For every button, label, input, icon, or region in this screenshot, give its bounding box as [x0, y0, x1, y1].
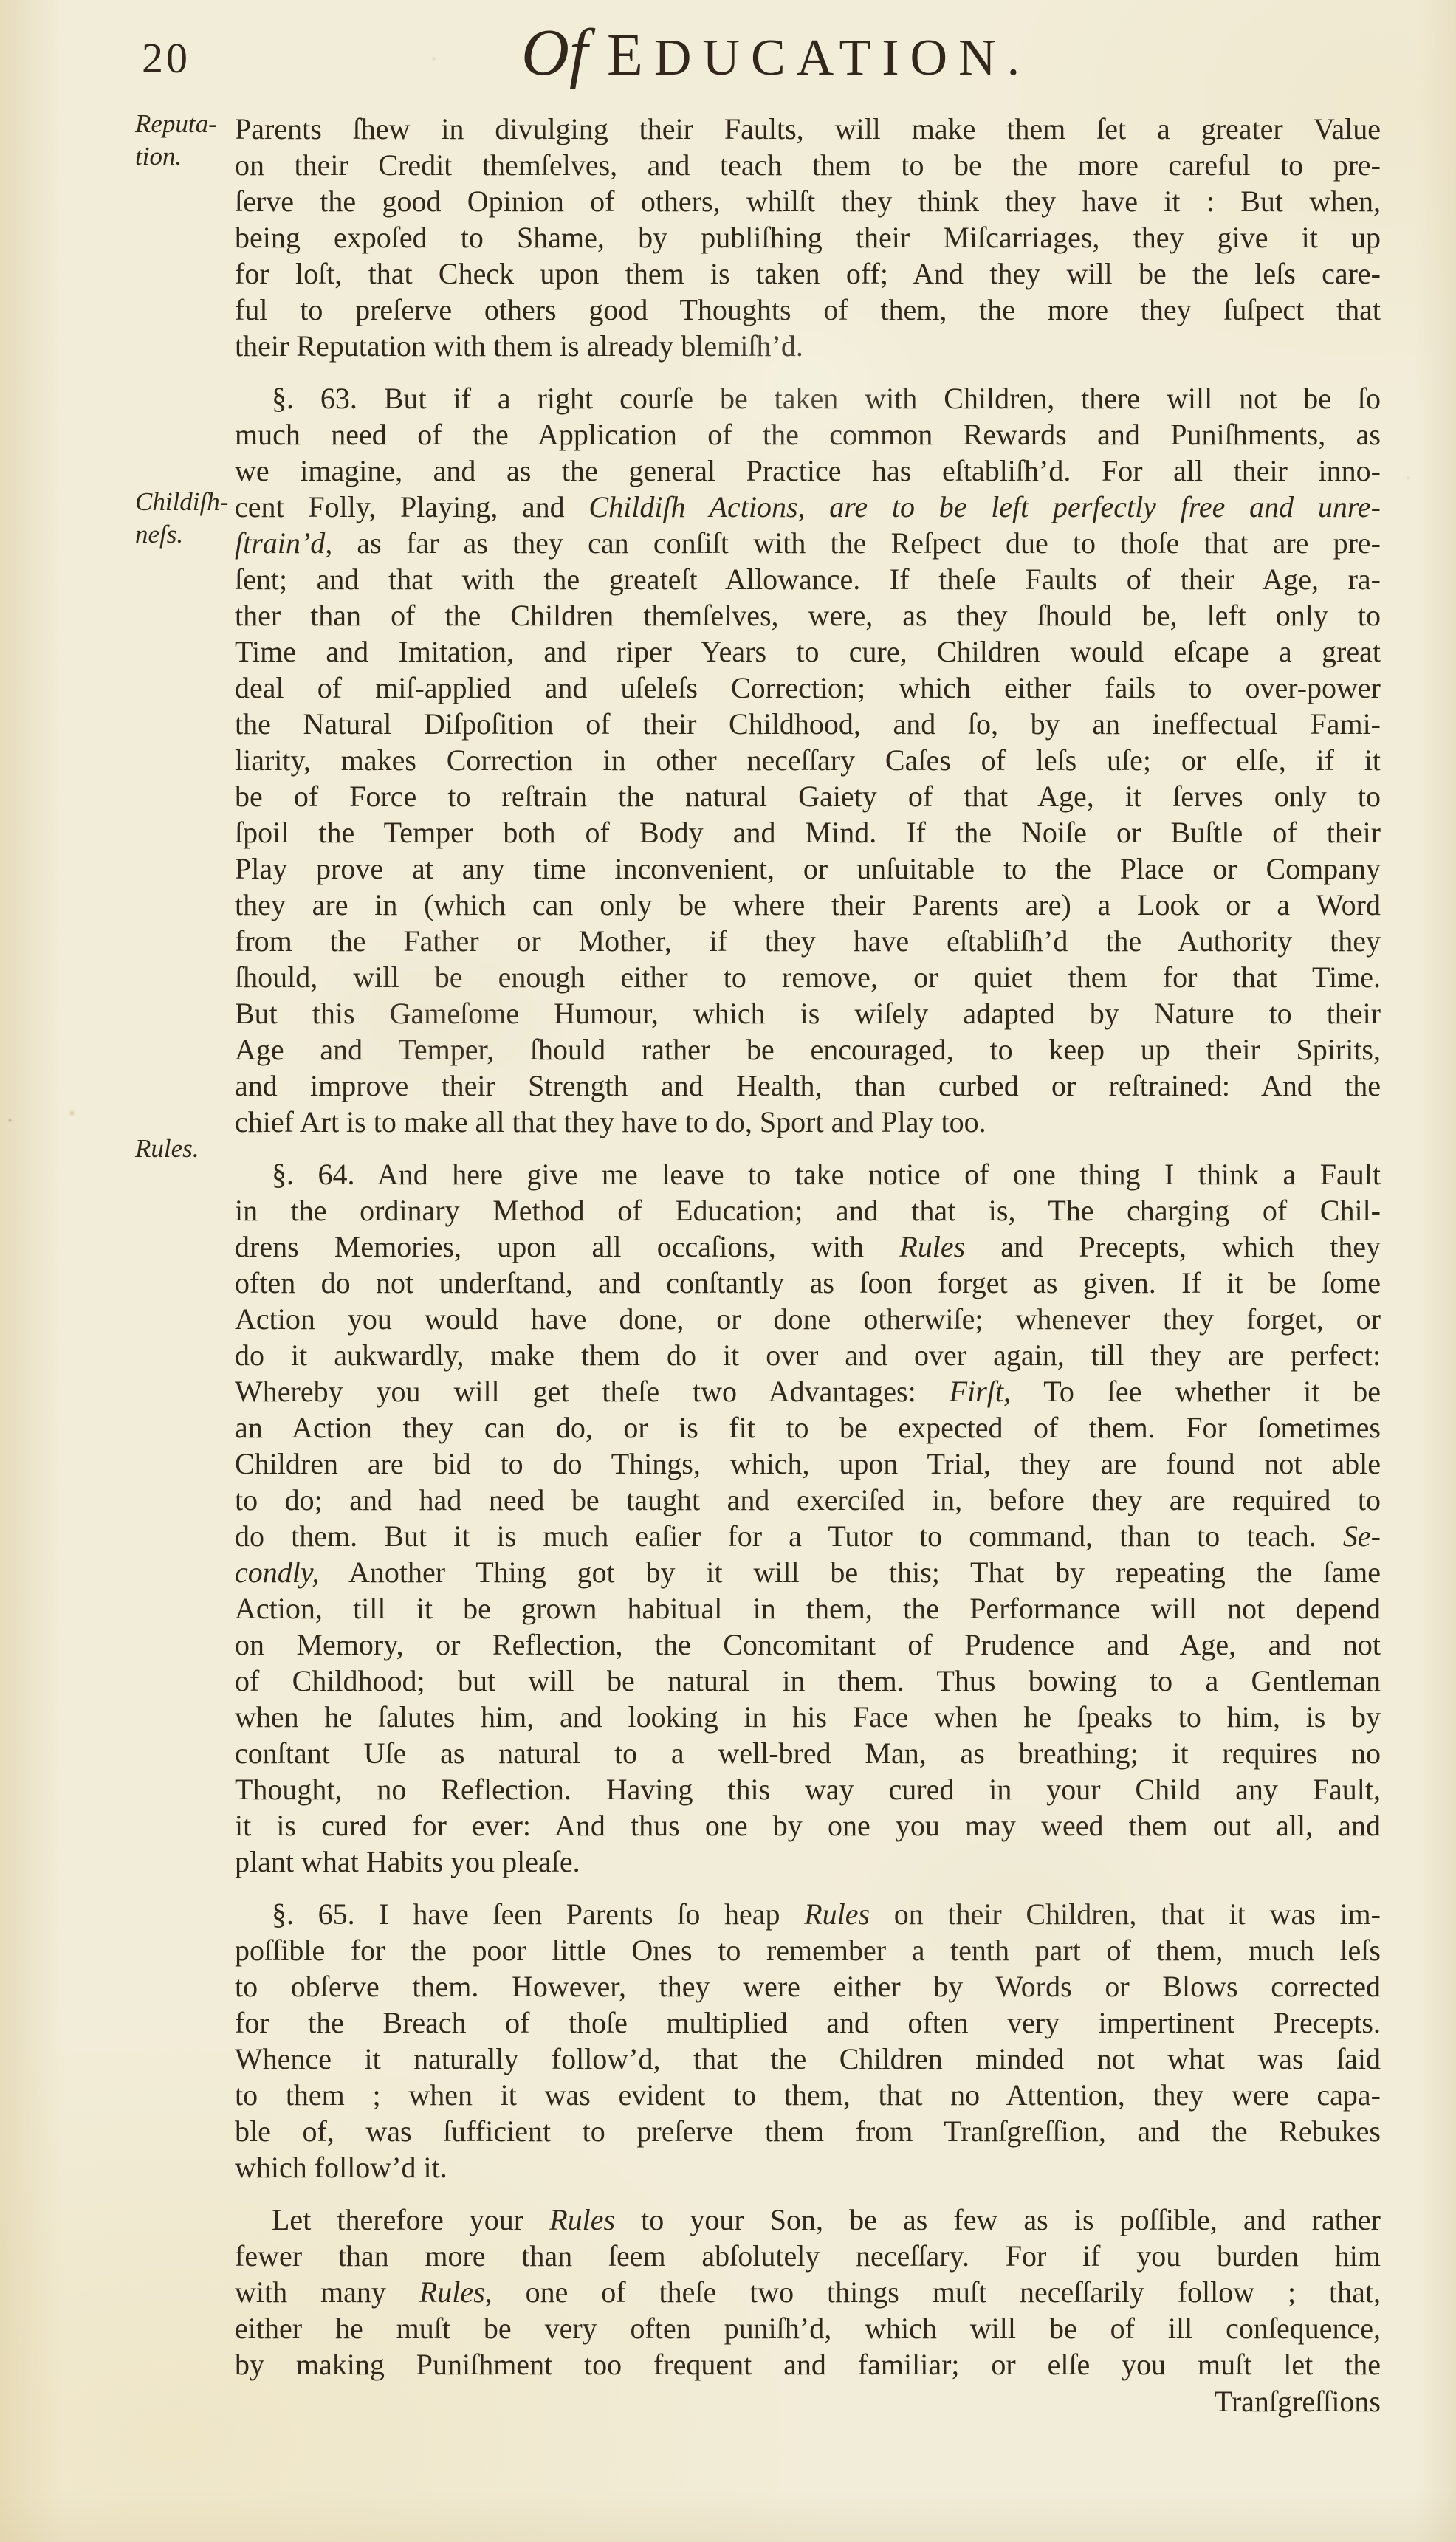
text-line: an Action they can do, or is fit to be e…: [235, 1409, 1381, 1446]
text-line: we imagine, and as the general Practice …: [235, 453, 1381, 489]
text-line: of Childhood; but will be natural in the…: [235, 1663, 1381, 1699]
margin-note-line: neſs.: [135, 518, 233, 551]
text-line: ſent; and that with the greateſt Allowan…: [235, 561, 1381, 597]
text-line: conſtant Uſe as natural to a well-bred M…: [235, 1735, 1381, 1771]
text-line: Children are bid to do Things, which, up…: [235, 1446, 1381, 1482]
margin-note-line: Reputa-: [135, 108, 233, 140]
page-number: 20: [142, 37, 190, 80]
text-line: Whereby you will get theſe two Advantage…: [235, 1373, 1381, 1409]
running-header: OfEDUCATION.: [521, 16, 1031, 89]
text-line: liarity, makes Correction in other neceſ…: [235, 742, 1381, 778]
margin-note-line: Childiſh-: [135, 486, 233, 518]
text-line: Whence it naturally follow’d, that the C…: [235, 2041, 1381, 2077]
paper-specks: [0, 0, 2, 2]
margin-note-line: Rules.: [135, 1133, 233, 1165]
text-line: from the Father or Mother, if they have …: [235, 923, 1381, 959]
margin-note-childishness: Childiſh- neſs.: [135, 486, 233, 551]
book-page: 20 OfEDUCATION. Reputa- tion. Childiſh- …: [0, 0, 1456, 2542]
text-line: ful to preſerve others good Thoughts of …: [235, 292, 1381, 328]
text-line: and improve their Strength and Health, t…: [235, 1068, 1381, 1104]
text-line: §. 65. I have ſeen Parents ſo heap Rules…: [235, 1896, 1381, 1932]
text-line: for the Breach of thoſe multiplied and o…: [235, 2005, 1381, 2041]
text-line: in the ordinary Method of Education; and…: [235, 1192, 1381, 1229]
text-line: the Natural Diſpoſition of their Childho…: [235, 706, 1381, 742]
text-line: plant what Habits you pleaſe.: [235, 1844, 1381, 1880]
paragraph: §. 63. But if a right courſe be taken wi…: [235, 380, 1381, 1140]
text-line: cent Folly, Playing, and Childiſh Action…: [235, 489, 1381, 525]
paragraph: Let therefore your Rules to your Son, be…: [235, 2202, 1381, 2383]
text-line: ſtrain’d, as far as they can conſiſt wit…: [235, 525, 1381, 561]
text-line: Let therefore your Rules to your Son, be…: [235, 2202, 1381, 2238]
text-line: either he muſt be very often puniſh’d, w…: [235, 2310, 1381, 2346]
paragraph: Parents ſhew in divulging their Faults, …: [235, 111, 1381, 364]
text-line: Time and Imitation, and riper Years to c…: [235, 633, 1381, 670]
text-line: which follow’d it.: [235, 2149, 1381, 2185]
text-line: being expoſed to Shame, by publiſhing th…: [235, 219, 1381, 255]
text-line: often do not underſtand, and conſtantly …: [235, 1265, 1381, 1301]
text-line: ſhould, will be enough either to remove,…: [235, 959, 1381, 995]
text-line: ſpoil the Temper both of Body and Mind. …: [235, 814, 1381, 851]
margin-note-reputation: Reputa- tion.: [135, 108, 233, 173]
text-line: much need of the Application of the comm…: [235, 416, 1381, 453]
text-line: do them. But it is much eaſier for a Tut…: [235, 1518, 1381, 1554]
text-line: ſerve the good Opinion of others, whilſt…: [235, 183, 1381, 219]
catchword: Tranſgreſſions: [235, 2383, 1381, 2419]
text-line: ther than of the Children themſelves, we…: [235, 597, 1381, 633]
text-line: for loſt, that Check upon them is taken …: [235, 255, 1381, 292]
text-line: Thought, no Reflection. Having this way …: [235, 1771, 1381, 1807]
text-line: fewer than more than ſeem abſolutely nec…: [235, 2238, 1381, 2274]
text-line: on their Credit themſelves, and teach th…: [235, 147, 1381, 183]
text-line: to them ; when it was evident to them, t…: [235, 2077, 1381, 2113]
text-line: But this Gameſome Humour, which is wiſel…: [235, 995, 1381, 1031]
text-line: to do; and had need be taught and exerci…: [235, 1482, 1381, 1518]
text-line: on Memory, or Reflection, the Concomitan…: [235, 1626, 1381, 1663]
text-line: with many Rules, one of theſe two things…: [235, 2274, 1381, 2310]
text-line: Action you would have done, or done othe…: [235, 1301, 1381, 1337]
paragraph: §. 64. And here give me leave to take no…: [235, 1156, 1381, 1880]
text-line: when he ſalutes him, and looking in his …: [235, 1699, 1381, 1735]
text-line: §. 63. But if a right courſe be taken wi…: [235, 380, 1381, 416]
body-text: Parents ſhew in divulging their Faults, …: [235, 111, 1381, 2383]
text-line: do it aukwardly, make them do it over an…: [235, 1337, 1381, 1373]
paragraph: §. 65. I have ſeen Parents ſo heap Rules…: [235, 1896, 1381, 2185]
running-header-title: EDUCATION.: [607, 23, 1031, 88]
margin-note-line: tion.: [135, 140, 233, 173]
text-line: they are in (which can only be where the…: [235, 887, 1381, 923]
text-line: drens Memories, upon all occaſions, with…: [235, 1229, 1381, 1265]
text-line: Play prove at any time inconvenient, or …: [235, 851, 1381, 887]
running-header-of: Of: [521, 16, 588, 89]
text-line: deal of miſ-applied and uſeleſs Correcti…: [235, 670, 1381, 706]
text-line: to obſerve them. However, they were eith…: [235, 1968, 1381, 2005]
margin-note-rules: Rules.: [135, 1133, 233, 1165]
text-line: condly, Another Thing got by it will be …: [235, 1554, 1381, 1590]
text-line: be of Force to reſtrain the natural Gaie…: [235, 778, 1381, 814]
text-line: poſſible for the poor little Ones to rem…: [235, 1932, 1381, 1968]
text-line: it is cured for ever: And thus one by on…: [235, 1807, 1381, 1844]
text-line: their Reputation with them is already bl…: [235, 328, 1381, 364]
text-line: Age and Temper, ſhould rather be encoura…: [235, 1031, 1381, 1068]
text-line: chief Art is to make all that they have …: [235, 1104, 1381, 1140]
text-line: Parents ſhew in divulging their Faults, …: [235, 111, 1381, 147]
text-line: §. 64. And here give me leave to take no…: [235, 1156, 1381, 1192]
text-line: Action, till it be grown habitual in the…: [235, 1590, 1381, 1626]
text-line: ble of, was ſufficient to preſerve them …: [235, 2113, 1381, 2149]
text-line: by making Puniſhment too frequent and fa…: [235, 2346, 1381, 2383]
